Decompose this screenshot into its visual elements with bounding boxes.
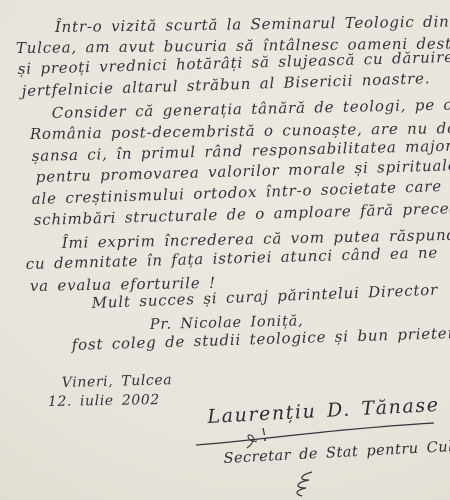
handwritten-letter-page: Într-o vizită scurtă la Seminarul Teolog… [0, 0, 450, 500]
dateline-date: 12. iulie 2002 [48, 393, 160, 409]
line-closing-friend: fost coleg de studii teologice și bun pr… [72, 326, 450, 353]
line-para1-1: Într-o vizită scurtă la Seminarul Teolog… [55, 14, 450, 35]
signature-name: Laurențiu D. Tănase [207, 396, 440, 427]
line-para2-1: Consider că generația tânără de teologi,… [52, 97, 450, 121]
dateline-place: Vineri, Tulcea [62, 373, 173, 390]
signature-title: Secretar de Stat pentru Culte [223, 439, 450, 466]
